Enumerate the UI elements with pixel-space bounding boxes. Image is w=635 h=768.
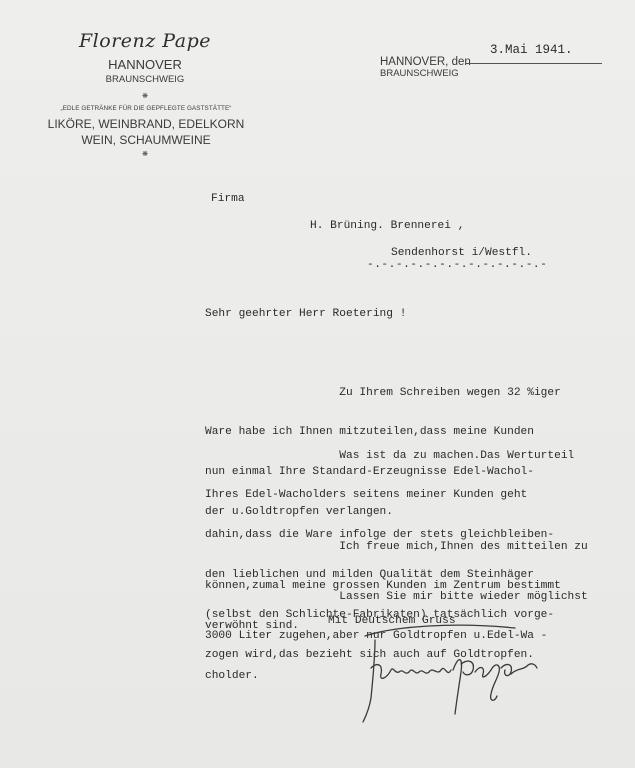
- paragraph-line: Zu Ihrem Schreiben wegen 32 %iger: [205, 387, 561, 400]
- recipient-name: H. Brüning. Brennerei ,: [310, 220, 464, 233]
- letterhead-products-line-2: WEIN, SCHAUMWEINE: [25, 133, 267, 147]
- date-label: HANNOVER, den: [380, 56, 471, 68]
- ornament-icon: ❋: [60, 150, 230, 158]
- recipient-firma: Firma: [211, 193, 245, 206]
- paragraph-line: Lassen Sie mir bitte wieder möglichst: [205, 591, 588, 604]
- date-underline: [466, 63, 602, 64]
- paragraph-line: Ich freue mich,Ihnen des mitteilen zu: [205, 541, 588, 554]
- paragraph-line: Ihres Edel-Wacholders seitens meiner Kun…: [205, 489, 574, 502]
- letterhead-slogan: „EDLE GETRÄNKE FÜR DIE GEPFLEGTE GASTSTÄ…: [25, 105, 267, 112]
- letterhead-city: HANNOVER: [60, 57, 230, 72]
- letterhead-city-secondary: BRAUNSCHWEIG: [60, 74, 230, 85]
- letter-date: 3.Mai 1941.: [490, 43, 573, 57]
- signature-icon: [335, 618, 550, 728]
- paragraph-line: Was ist da zu machen.Das Werturteil: [205, 450, 574, 463]
- salutation: Sehr geehrter Herr Roetering !: [205, 308, 406, 321]
- letterhead-company-name: Florenz Pape: [60, 30, 230, 52]
- ornament-icon: ❋: [60, 92, 230, 100]
- date-label-secondary: BRAUNSCHWEIG: [380, 68, 459, 79]
- letterhead-products-line-1: LIKÖRE, WEINBRAND, EDELKORN: [25, 117, 267, 131]
- recipient-underline: -.-.-.-.-.-.-.-.-.-.-.-.-: [367, 259, 547, 272]
